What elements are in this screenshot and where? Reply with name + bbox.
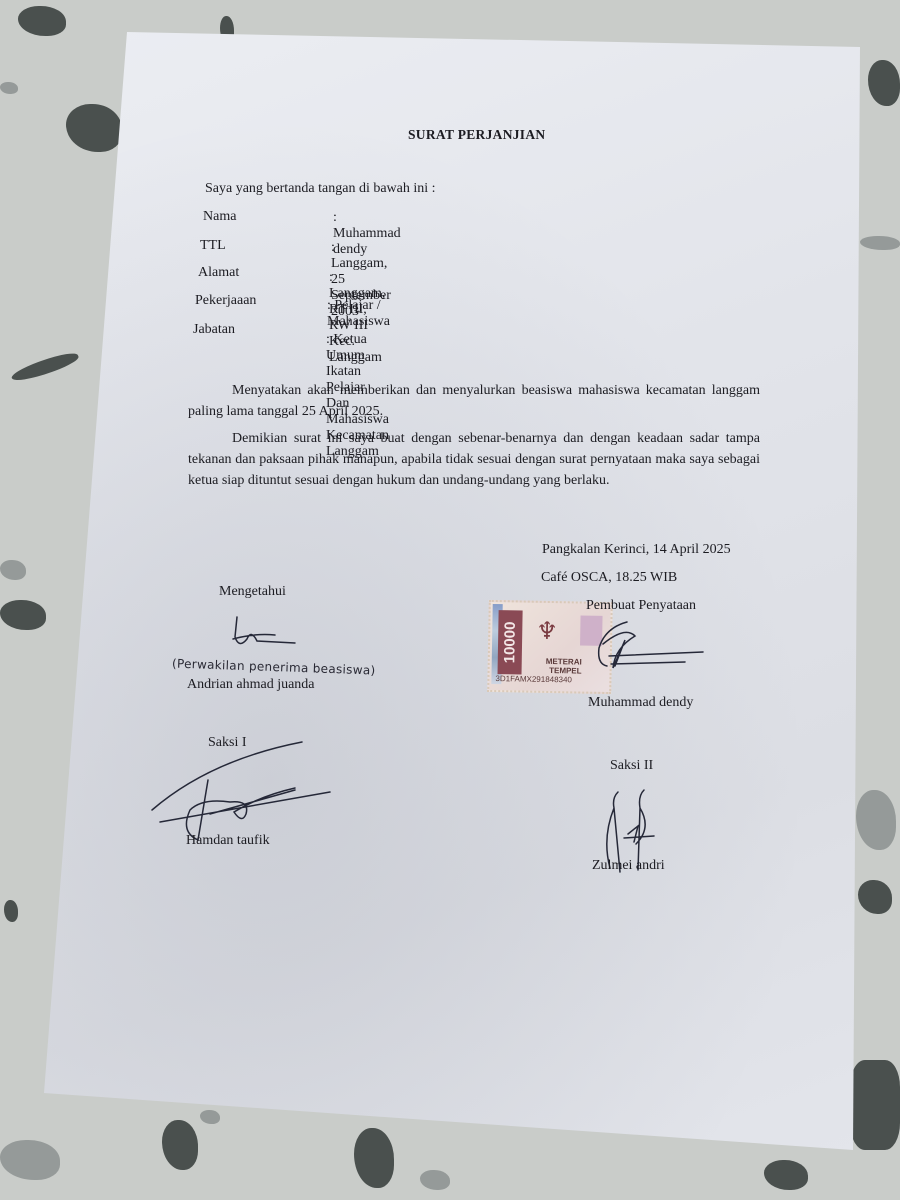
witness-2-name: Zulmei andri [592,858,665,874]
field-label-nama: Nama [203,209,236,225]
acknowledger-heading: Mengetahui [219,584,286,600]
intro-text: Saya yang bertanda tangan di bawah ini : [205,181,436,197]
maker-signature [585,618,715,678]
stamp-label: METERAI TEMPEL [546,657,582,676]
field-label-ttl: TTL [200,238,226,254]
stamp-value: 10000 [498,610,523,674]
stamp-serial: 3D1FAMX291848340 [495,674,572,684]
maker-name: Muhammad dendy [588,695,693,711]
acknowledger-signature [225,615,305,655]
field-label-jabatan: Jabatan [193,322,235,338]
field-label-pekerjaan: Pekerjaaan [195,293,256,309]
closing-paragraph: Demikian surat ini saya buat dengan sebe… [188,428,760,491]
witness-2-heading: Saksi II [610,758,653,774]
field-value-pekerjaan: : Pelajar / Mahasiswa [327,298,390,330]
witness-1-name: Hamdan taufik [186,833,270,849]
place-date: Pangkalan Kerinci, 14 April 2025 [542,542,731,558]
location-time: Café OSCA, 18.25 WIB [541,570,677,586]
field-label-alamat: Alamat [198,265,239,281]
closing-text: Demikian surat ini saya buat dengan sebe… [188,431,760,488]
paper-shadow [0,0,900,1200]
statement-paragraph: Menyatakan akan memberikan dan menyalurk… [188,380,760,422]
statement-text: Menyatakan akan memberikan dan menyalurk… [188,383,760,419]
garuda-emblem-icon: ♆ [536,617,558,646]
maker-heading: Pembuat Penyataan [586,598,696,614]
document-title: SURAT PERJANJIAN [408,127,545,143]
acknowledger-name: Andrian ahmad juanda [187,677,315,693]
